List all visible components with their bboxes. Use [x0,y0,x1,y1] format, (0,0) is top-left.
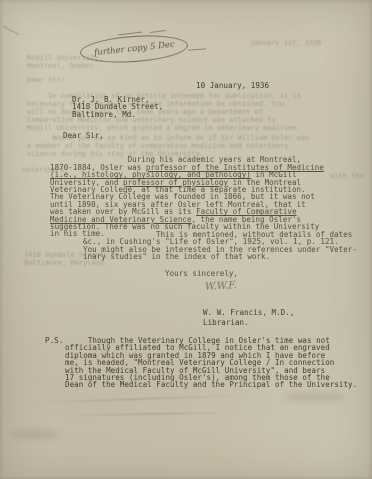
salutation: Dear Sir, [63,132,104,139]
handwritten-annotation-text: further copy 5 Dec [93,40,175,58]
annotation-dash [188,48,206,50]
handwritten-annotation-circle: further copy 5 Dec [79,32,189,65]
letter-photograph: January 1st, 1936 McGill University, Mon… [0,0,372,479]
paper-smudge [285,392,345,402]
pencil-scribble-mark [3,26,19,35]
paper-crease [25,394,255,404]
recipient-address: Dr. J. B. Kirner, 1418 Dundale Street, B… [72,96,163,118]
ghost-salutation: Dear Sir:- [27,76,69,84]
ghost-date: January 1st, 1936 [250,39,322,47]
signature-initials: W.W.F. [205,280,238,293]
closing: Yours sincerely, [165,270,238,277]
signature-name-block: W. W. Francis, M.D., Librarian. [203,308,294,327]
postscript-label: P.S. [45,337,63,344]
paper-crease [60,411,240,416]
body-paragraph-2: This is mentioned, without details of da… [83,231,363,261]
letter-date: 10 January, 1936 [196,82,269,89]
paper-smudge [10,430,60,439]
annotation-dash [150,30,166,33]
postscript-body: Though the Veterinary College in Osler's… [65,337,365,389]
